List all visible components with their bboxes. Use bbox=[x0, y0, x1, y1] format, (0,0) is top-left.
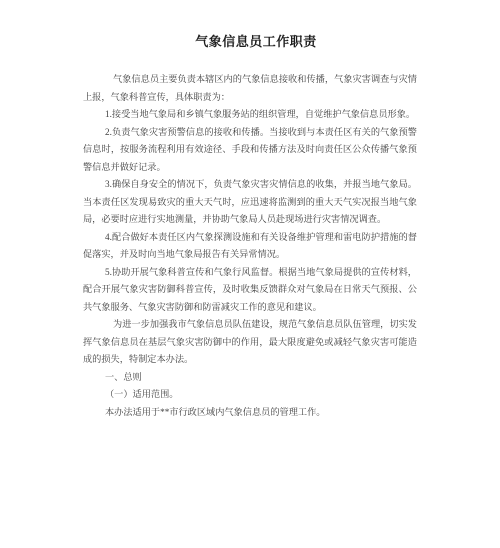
paragraph-duty-1: 1.接受当地气象局和乡镇气象服务站的组织管理，自觉维护气象信息员形象。 bbox=[83, 106, 417, 124]
document-title: 气象信息员工作职责 bbox=[12, 31, 500, 52]
section-heading-general: 一、总则 bbox=[83, 369, 417, 387]
paragraph-duty-4: 4.配合做好本责任区内气象探测设施和有关设备维护管理和雷电防护措施的督促落实，并… bbox=[83, 229, 417, 264]
paragraph-scope: 本办法适用于**市行政区域内气象信息员的管理工作。 bbox=[83, 404, 417, 422]
paragraph-purpose: 为进一步加强我市气象信息员队伍建设，规范气象信息员队伍管理，切实发挥气象信息员在… bbox=[83, 316, 417, 369]
paragraph-duty-3: 3.确保自身安全的情况下，负责气象灾害灾情信息的收集，并报当地气象局。当本责任区… bbox=[83, 176, 417, 229]
paragraph-duty-5: 5.协助开展气象科普宣传和气象行风监督。根据当地气象局提供的宣传材料，配合开展气… bbox=[83, 264, 417, 317]
document-page: 气象信息员工作职责 气象信息员主要负责本辖区内的气象信息接收和传播，气象灾害调查… bbox=[0, 0, 500, 548]
paragraph-duty-2: 2.负责气象灾害预警信息的接收和传播。当接收到与本责任区有关的气象预警信息时，按… bbox=[83, 124, 417, 177]
subsection-heading-scope: （一）适用范围。 bbox=[83, 386, 417, 404]
document-body: 气象信息员主要负责本辖区内的气象信息接收和传播，气象灾害调查与灾情上报，气象科普… bbox=[83, 71, 417, 421]
paragraph-intro: 气象信息员主要负责本辖区内的气象信息接收和传播，气象灾害调查与灾情上报，气象科普… bbox=[83, 71, 417, 106]
